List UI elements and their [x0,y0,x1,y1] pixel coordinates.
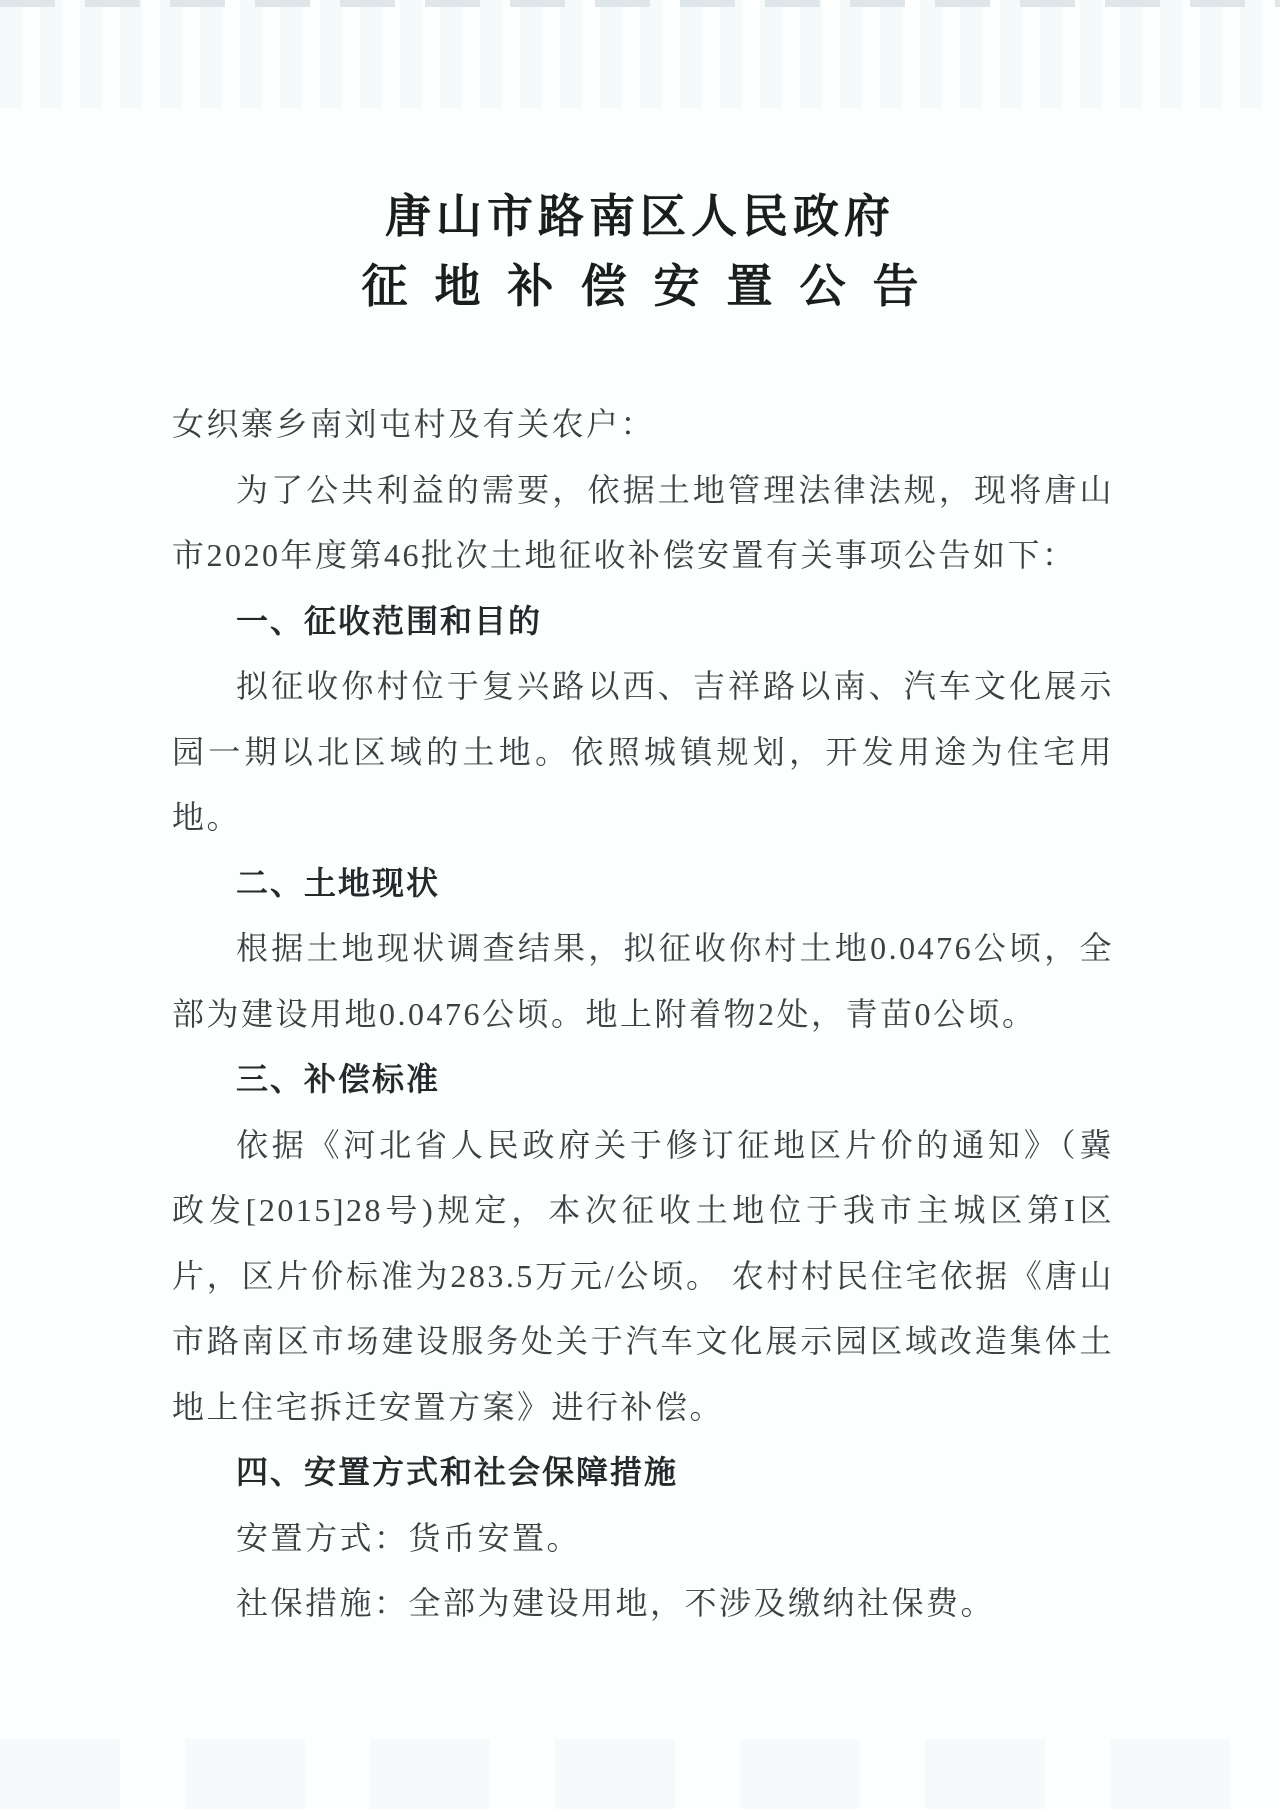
scanned-document-page: 唐山市路南区人民政府 征地补偿安置公告 女织寨乡南刘屯村及有关农户： 为了公共利… [0,0,1280,1809]
intro-paragraph: 为了公共利益的需要，依据土地管理法律法规，现将唐山市2020年度第46批次土地征… [172,458,1114,589]
section-1-paragraph: 拟征收你村位于复兴路以西、吉祥路以南、汽车文化展示园一期以北区域的土地。依照城镇… [172,654,1114,851]
section-heading-3: 三、补偿标准 [172,1047,1114,1113]
section-3-paragraph: 依据《河北省人民政府关于修订征地区片价的通知》（冀政发[2015]28号)规定，… [172,1113,1114,1441]
section-2-paragraph: 根据土地现状调查结果，拟征收你村土地0.0476公顷，全部为建设用地0.0476… [172,916,1114,1047]
scan-bleedthrough-bottom [0,1739,1280,1809]
section-heading-4: 四、安置方式和社会保障措施 [172,1440,1114,1506]
section-heading-2: 二、土地现状 [172,851,1114,917]
social-security-paragraph: 社保措施：全部为建设用地，不涉及缴纳社保费。 [172,1571,1114,1637]
scan-bleedthrough-top [0,0,1280,108]
document-title: 唐山市路南区人民政府 征地补偿安置公告 [0,188,1280,316]
title-line-2: 征地补偿安置公告 [0,258,1280,316]
section-heading-1: 一、征收范围和目的 [172,589,1114,655]
scan-bleedthrough-top-edge [0,0,1280,7]
resettlement-method-paragraph: 安置方式：货币安置。 [172,1506,1114,1572]
title-line-1: 唐山市路南区人民政府 [0,188,1280,246]
salutation: 女织寨乡南刘屯村及有关农户： [172,392,1114,458]
document-body: 女织寨乡南刘屯村及有关农户： 为了公共利益的需要，依据土地管理法律法规，现将唐山… [172,392,1114,1637]
